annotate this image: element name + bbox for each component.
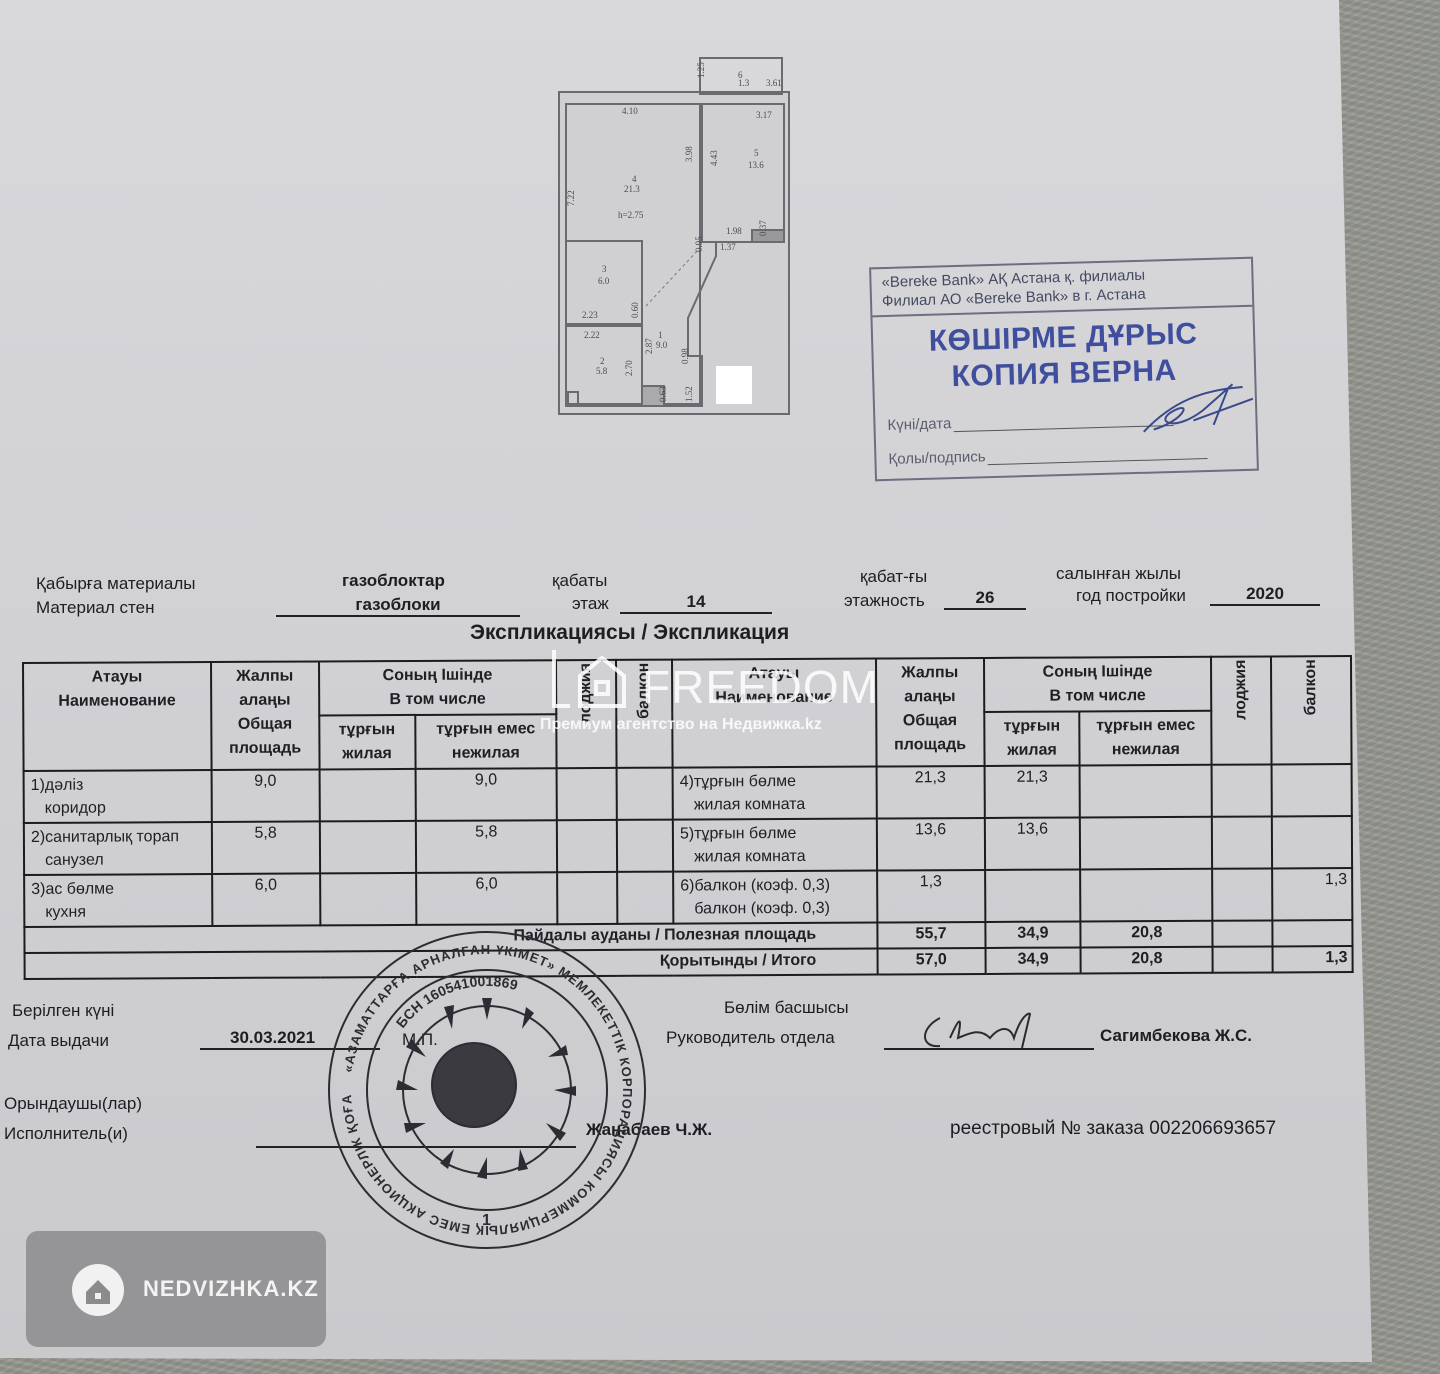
svg-text:2.70: 2.70 xyxy=(624,360,634,376)
executor-label-kz: Орындаушы(лар) xyxy=(4,1094,142,1114)
explication-title: Экспликациясы / Экспликация xyxy=(470,621,789,645)
build-year-value: 2020 xyxy=(1210,584,1320,606)
svg-text:7.22: 7.22 xyxy=(566,190,576,206)
table-row: 1)дәлізкоридор 9,0 9,0 4)тұрғын бөлмежил… xyxy=(24,764,1352,823)
stamp-date-field: Күні/дата xyxy=(887,409,1173,434)
floor-plan: 1.25 6 1.3 3.61 4.10 3.17 3.98 4.43 7.22… xyxy=(556,56,816,416)
floors-total-label-kz: қабат-ғы xyxy=(860,567,927,587)
svg-text:БСН 160541001869: БСН 160541001869 xyxy=(393,973,520,1031)
registry-number: реестровый № заказа 002206693657 xyxy=(950,1118,1276,1140)
floor-label-ru: этаж xyxy=(572,594,609,614)
issue-date-label-ru: Дата выдачи xyxy=(8,1031,109,1051)
svg-text:0.60: 0.60 xyxy=(630,302,640,318)
col-incl-header-right: Соның ІшіндеВ том числе xyxy=(984,657,1212,712)
svg-text:6.0: 6.0 xyxy=(598,276,610,286)
svg-text:0.95: 0.95 xyxy=(694,236,704,252)
head-label-ru: Руководитель отдела xyxy=(666,1028,835,1048)
freedom-tagline: Премиум агентство на Недвижка.kz xyxy=(540,716,822,734)
build-year-label-kz: салынған жылы xyxy=(1056,564,1181,584)
head-name: Сагимбекова Ж.С. xyxy=(1100,1026,1252,1046)
svg-text:1: 1 xyxy=(658,330,663,340)
col-living-header: тұрғынжилая xyxy=(319,715,415,770)
svg-text:1.52: 1.52 xyxy=(684,386,694,402)
build-year-label-ru: год постройки xyxy=(1076,586,1186,606)
government-round-seal: «АЗАМАТТАРҒА АРНАЛҒАН ҮКІМЕТ» МЕМЛЕКЕТТІ… xyxy=(322,925,652,1255)
svg-text:5: 5 xyxy=(754,148,759,158)
svg-text:1.3: 1.3 xyxy=(738,78,750,88)
table-row: 2)санитарлық торапсанузел 5,8 5,8 5)тұрғ… xyxy=(24,816,1352,875)
table-row: 3)ас бөлмекухня 6,0 6,0 6)балкон (коэф. … xyxy=(24,868,1352,927)
home-icon xyxy=(72,1264,124,1316)
svg-text:2: 2 xyxy=(600,356,605,366)
stamp-sign-field: Қолы/подпись xyxy=(888,442,1208,468)
total-row: Қорытынды / Итого 57,0 34,9 20,8 1,3 xyxy=(25,946,1353,979)
svg-text:4: 4 xyxy=(632,174,637,184)
col-nonliving-header: тұрғын емеснежилая xyxy=(415,714,557,769)
svg-text:3: 3 xyxy=(602,264,607,274)
svg-text:3.61: 3.61 xyxy=(766,78,782,88)
svg-text:0.98: 0.98 xyxy=(680,348,690,364)
svg-text:2.23: 2.23 xyxy=(582,310,598,320)
svg-text:1: 1 xyxy=(482,1212,491,1229)
col-nonliving-header-right: тұрғын емеснежилая xyxy=(1080,711,1212,766)
floors-total-label-ru: этажность xyxy=(844,591,925,611)
svg-text:0.63: 0.63 xyxy=(658,386,668,402)
wall-material-value-ru: газоблоки xyxy=(276,595,520,617)
head-label-kz: Бөлім басшысы xyxy=(724,998,849,1018)
col-incl-header: Соның ІшіндеВ том числе xyxy=(319,660,557,715)
freedom-house-icon xyxy=(550,648,640,710)
svg-text:3.17: 3.17 xyxy=(756,110,772,120)
svg-text:21.3: 21.3 xyxy=(624,184,640,194)
floors-total-value: 26 xyxy=(944,588,1026,610)
wall-material-label-ru: Материал стен xyxy=(36,598,154,618)
svg-text:2.87: 2.87 xyxy=(644,338,654,354)
bank-signature xyxy=(1132,378,1264,442)
issue-date-label-kz: Берілген күні xyxy=(12,1001,114,1021)
svg-text:13.6: 13.6 xyxy=(748,160,764,170)
svg-text:3.98: 3.98 xyxy=(684,146,694,162)
wall-material-label-kz: Қабырға материалы xyxy=(36,574,196,594)
svg-text:1.37: 1.37 xyxy=(720,242,736,252)
col-living-header-right: тұрғынжилая xyxy=(984,711,1080,766)
bank-stamp-header: «Bereke Bank» АҚ Астана қ. филиалы Филиа… xyxy=(871,259,1252,318)
col-total-header: ЖалпыалаңыОбщаяплощадь xyxy=(211,661,319,770)
freedom-brand: FREEDOM xyxy=(642,660,879,714)
wall-material-value-kz: газоблоктар xyxy=(342,571,445,591)
head-signature xyxy=(910,1008,1050,1054)
floor-label-kz: қабаты xyxy=(552,571,607,591)
bank-copy-stamp: «Bereke Bank» АҚ Астана қ. филиалы Филиа… xyxy=(869,257,1259,482)
svg-text:9.0: 9.0 xyxy=(656,340,668,350)
svg-text:0.37: 0.37 xyxy=(758,220,768,236)
freedom-watermark: FREEDOM Премиум агентство на Недвижка.kz xyxy=(546,646,906,746)
floor-plan-drawing: 1.25 6 1.3 3.61 4.10 3.17 3.98 4.43 7.22… xyxy=(556,56,816,416)
executor-label-ru: Исполнитель(и) xyxy=(4,1124,128,1144)
col-balcony-header-right: балкон xyxy=(1271,656,1351,764)
nedvizhka-label: NEDVIZHKA.KZ xyxy=(143,1276,319,1302)
svg-text:1.98: 1.98 xyxy=(726,226,742,236)
svg-text:1.25: 1.25 xyxy=(696,62,706,78)
redaction-box xyxy=(716,366,752,404)
floor-value: 14 xyxy=(620,592,772,614)
svg-text:h=2.75: h=2.75 xyxy=(618,210,644,220)
svg-text:4.10: 4.10 xyxy=(622,106,638,116)
nedvizhka-badge: NEDVIZHKA.KZ xyxy=(26,1231,326,1347)
svg-text:5.8: 5.8 xyxy=(596,366,608,376)
col-name-header: АтауыНаименование xyxy=(23,662,211,771)
svg-text:2.22: 2.22 xyxy=(584,330,600,340)
col-loggia-header-right: лоджия xyxy=(1211,656,1271,764)
svg-text:4.43: 4.43 xyxy=(709,150,719,166)
